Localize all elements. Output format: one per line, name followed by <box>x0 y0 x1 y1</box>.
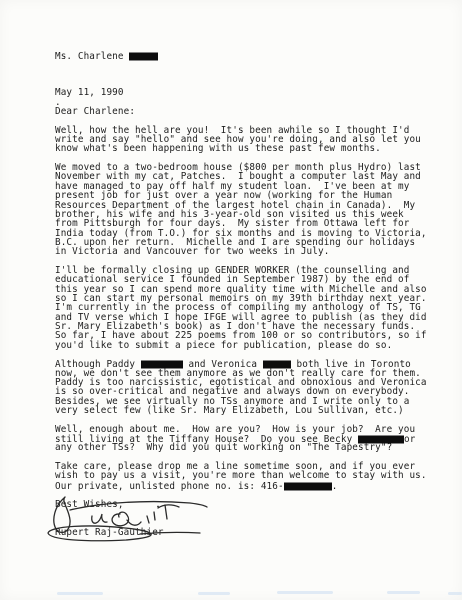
letter-line: Well, enough about me. How are you? How … <box>55 425 440 434</box>
letter-line <box>55 350 440 359</box>
letter-text: May 11, 1990 <box>55 87 124 98</box>
letter-text: or <box>404 434 415 445</box>
redaction-box <box>358 436 404 444</box>
letter-text: you'd like to submit a piece for publica… <box>55 340 392 351</box>
letter-line: May 11, 1990 <box>55 88 440 97</box>
scan-artifact <box>277 591 333 594</box>
redaction-box <box>263 361 291 369</box>
letter-text: any other TSs? Why did you quit working … <box>55 442 392 453</box>
letter-text: Our private, unlisted phone no. is: 416- <box>55 481 284 492</box>
scan-artifact <box>198 592 230 595</box>
scan-artifact <box>448 592 462 595</box>
letter-text: . <box>332 481 338 492</box>
letter-text: in Victoria and Vancouver for two weeks … <box>55 246 329 257</box>
letter-text: Well, enough about me. How are you? How … <box>55 424 415 435</box>
letter-line: very select few (like Sr. Mary Elizabeth… <box>55 406 440 415</box>
letter-line: in Victoria and Vancouver for two weeks … <box>55 247 440 256</box>
letter-line: any other TSs? Why did you quit working … <box>55 443 440 452</box>
letter-text: very select few (like Sr. Mary Elizabeth… <box>55 405 404 416</box>
letter-line: Our private, unlisted phone no. is: 416-… <box>55 481 440 490</box>
letter-line: know what's been happening with us these… <box>55 144 440 153</box>
handwritten-signature <box>40 492 220 548</box>
letter-line: wish to pay us a visit, you're more than… <box>55 471 440 480</box>
redaction-box <box>284 482 332 490</box>
redaction-box <box>141 361 183 369</box>
scanned-letter-page: Ms. Charlene May 11, 1990.Dear Charlene:… <box>0 0 462 600</box>
letter-line <box>55 70 440 79</box>
letter-line: you'd like to submit a piece for publica… <box>55 341 440 350</box>
letter-text: Dear Charlene: <box>55 106 135 117</box>
letter-body: Ms. Charlene May 11, 1990.Dear Charlene:… <box>55 51 440 537</box>
letter-text: Ms. Charlene <box>55 51 129 62</box>
scan-artifact <box>387 591 420 594</box>
letter-line: Dear Charlene: <box>55 107 440 116</box>
redaction-box <box>129 53 158 61</box>
scan-artifact <box>57 592 103 595</box>
letter-text: wish to pay us a visit, you're more than… <box>55 470 427 481</box>
letter-text: know what's been happening with us these… <box>55 143 381 154</box>
letter-line: Ms. Charlene <box>55 51 440 60</box>
